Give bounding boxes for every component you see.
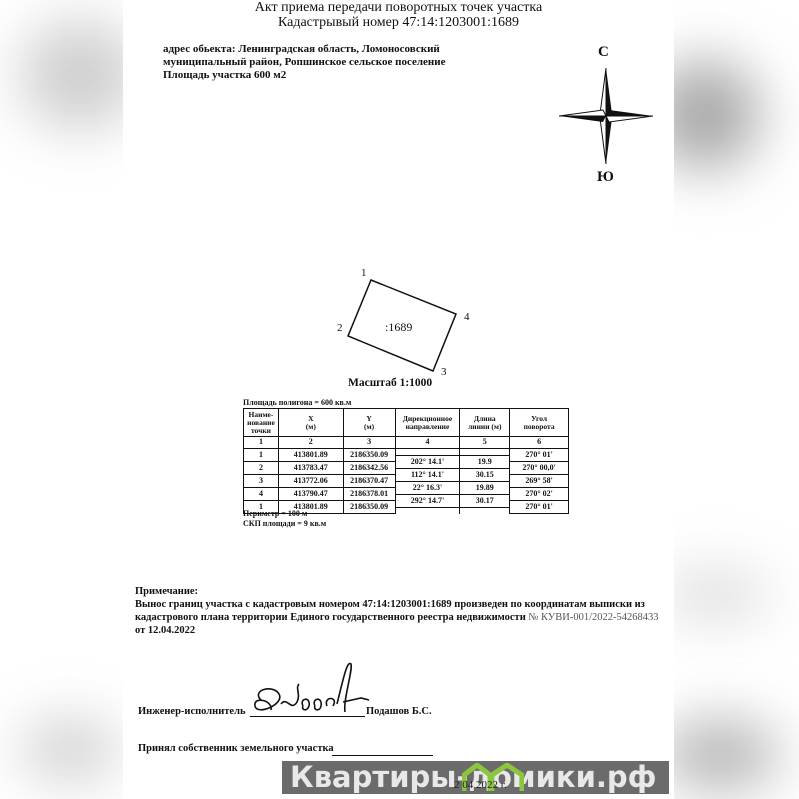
column-number: 2	[278, 437, 343, 449]
direction-cell	[395, 448, 460, 455]
coordinates-table: Наиме-нованиеточкиX(м)Y(м)Дирекционноена…	[243, 408, 569, 514]
cadastral-number: Кадастрывый номер 47:14:1203001:1689	[123, 15, 674, 31]
angle-cell: 270° 02'	[510, 487, 569, 500]
length-cell: 30.17	[460, 494, 510, 507]
y-coordinate-cell: 2186342.56	[343, 461, 395, 474]
background-blur	[20, 20, 140, 130]
length-cell: 30.15	[460, 468, 510, 481]
document-title: Акт приема передачи поворотных точек уча…	[123, 0, 674, 16]
address-line: муниципальный район, Ропшинское сельское…	[163, 56, 445, 68]
perimeter-label: Периметр = 100 м	[243, 509, 307, 518]
length-cell	[460, 448, 510, 455]
compass-north-label: С	[598, 44, 609, 61]
x-coordinate-cell: 413801.89	[278, 448, 343, 461]
point-label-1: 1	[361, 267, 367, 279]
point-name-cell: 4	[244, 487, 279, 500]
point-label-3: 3	[441, 366, 447, 378]
extract-number: № КУВИ-001/2022-54268433	[528, 612, 658, 623]
column-number-row: 123456	[244, 437, 569, 449]
scale-label: Масштаб 1:1000	[348, 377, 432, 389]
y-coordinate-cell: 2186378.01	[343, 487, 395, 500]
background-blur	[660, 720, 780, 790]
column-number: 4	[395, 437, 460, 449]
signature-icon	[243, 660, 373, 726]
x-coordinate-cell: 413772.06	[278, 474, 343, 487]
x-coordinate-cell: 413790.47	[278, 487, 343, 500]
column-number: 1	[244, 437, 279, 449]
y-coordinate-cell: 2186350.09	[343, 448, 395, 461]
y-coordinate-cell: 2186370.47	[343, 474, 395, 487]
column-number: 5	[460, 437, 510, 449]
point-name-cell: 1	[244, 448, 279, 461]
direction-cell	[395, 507, 460, 514]
column-header: Y(м)	[343, 409, 395, 437]
column-header: Уголповорота	[510, 409, 569, 437]
x-coordinate-cell: 413783.47	[278, 461, 343, 474]
note-text: Вынос границ участка с кадастровым номер…	[135, 598, 645, 611]
plot-number-label: :1689	[385, 320, 412, 335]
background-blur	[20, 720, 120, 780]
document-date: 2 04 2022 г.	[454, 769, 507, 799]
area-error-label: СКП площади = 9 кв.м	[243, 519, 326, 528]
direction-cell: 202° 14.1'	[395, 455, 460, 468]
column-header: Дирекционноенаправление	[395, 409, 460, 437]
column-header: Наиме-нованиеточки	[244, 409, 279, 437]
point-label-4: 4	[464, 311, 470, 323]
angle-cell: 270° 01'	[510, 500, 569, 514]
direction-cell: 292° 14.7'	[395, 494, 460, 507]
column-header: X(м)	[278, 409, 343, 437]
column-number: 3	[343, 437, 395, 449]
watermark-banner: Квартиры-домики.рф 2 04 2022 г.	[282, 761, 669, 794]
note-text: кадастрового плана территории Единого го…	[135, 611, 659, 624]
document-page: Акт приема передачи поворотных точек уча…	[123, 0, 674, 799]
table-header-row: Наиме-нованиеточкиX(м)Y(м)Дирекционноена…	[244, 409, 569, 437]
note-heading: Примечание:	[135, 585, 198, 598]
compass-south-label: Ю	[597, 169, 614, 186]
length-cell	[460, 507, 510, 514]
address-line: адрес обьекта: Ленинградская область, Ло…	[163, 43, 440, 55]
column-number: 6	[510, 437, 569, 449]
point-name-cell: 2	[244, 461, 279, 474]
direction-cell: 112° 14.1'	[395, 468, 460, 481]
plot-area: Площадь участка 600 м2	[163, 69, 286, 81]
point-name-cell: 3	[244, 474, 279, 487]
length-cell: 19.9	[460, 455, 510, 468]
table-row: 1413801.892186350.09270° 01'	[244, 448, 569, 455]
column-header: Длиналинии (м)	[460, 409, 510, 437]
note-text-part: кадастрового плана территории Единого го…	[135, 612, 528, 623]
engineer-label: Инженер-исполнитель	[138, 706, 246, 717]
angle-cell: 270° 01'	[510, 448, 569, 461]
note-date: от 12.04.2022	[135, 624, 195, 637]
owner-label: Принял собственник земельного участка	[138, 743, 334, 754]
length-cell: 19.89	[460, 481, 510, 494]
owner-signature-line	[332, 755, 433, 756]
angle-cell: 269° 58'	[510, 474, 569, 487]
table-caption: Площадь полигона = 600 кв.м	[243, 398, 351, 407]
engineer-name: Подашов Б.С.	[366, 706, 432, 717]
point-label-2: 2	[337, 322, 343, 334]
angle-cell: 270° 00,0'	[510, 461, 569, 474]
y-coordinate-cell: 2186350.09	[343, 500, 395, 514]
direction-cell: 22° 16.3'	[395, 481, 460, 494]
compass-rose-icon	[559, 68, 653, 164]
background-blur	[660, 570, 770, 620]
